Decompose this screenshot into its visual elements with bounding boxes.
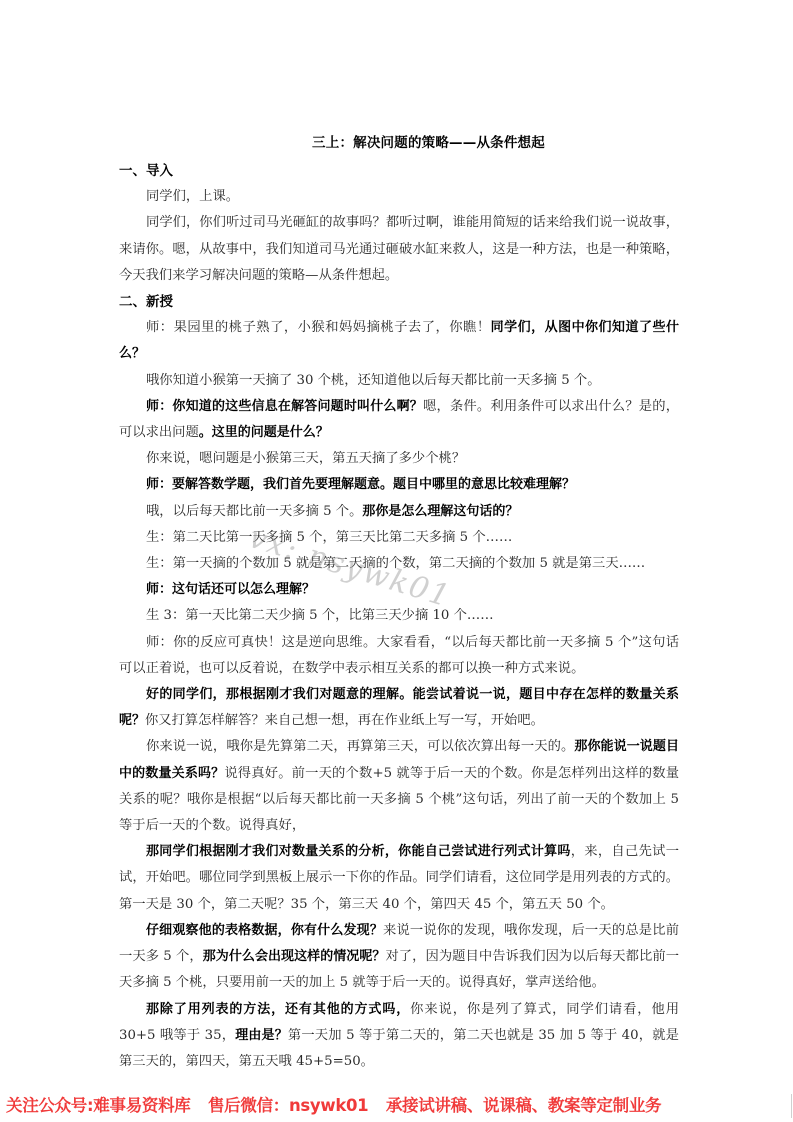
- bold-text-segment: 那同学们根据刚才我们对数量关系的分析，你能自己尝试进行列式计算吗: [146, 844, 571, 859]
- bold-text-segment: 师：你知道的这些信息在解答问题时叫什么啊？: [146, 399, 423, 414]
- paragraph: 哦，以后每天都比前一天多摘 5 个。那你是怎么理解这句话的？: [119, 499, 679, 525]
- paragraph: 生 3：第一天比第二天少摘 5 个，比第三天少摘 10 个……: [119, 603, 679, 629]
- bold-text-segment: 那除了用列表的方法，还有其他的方式吗，: [146, 1002, 410, 1017]
- bold-text-segment: 仔细观察他的表格数据，你有什么发现？: [146, 923, 383, 938]
- paragraph: 那除了用列表的方法，还有其他的方式吗，你来说，你是列了算式，同学们请看，他用 3…: [119, 997, 679, 1076]
- text-segment: 同学们，你们听过司马光砸缸的故事吗？都听过啊，谁能用简短的话来给我们说一说故事，…: [119, 215, 679, 282]
- footer-wechat-account: 关注公众号:难事易资料库: [6, 1096, 191, 1115]
- paragraph: 好的同学们，那根据刚才我们对题意的理解。能尝试着说一说，题目中存在怎样的数量关系…: [119, 682, 679, 734]
- text-segment: 师：果园里的桃子熟了，小猴和妈妈摘桃子去了，你瞧！: [146, 320, 491, 335]
- paragraph: 仔细观察他的表格数据，你有什么发现？来说一说你的发现，哦你发现，后一天的总是比前…: [119, 918, 679, 997]
- paragraph: 那同学们根据刚才我们对数量关系的分析，你能自己尝试进行列式计算吗，来，自己先试一…: [119, 839, 679, 918]
- text-segment: 生：第一天摘的个数加 5 就是第二天摘的个数，第二天摘的个数加 5 就是第三天……: [146, 556, 645, 571]
- paragraph: 师：果园里的桃子熟了，小猴和妈妈摘桃子去了，你瞧！同学们，从图中你们知道了些什么…: [119, 315, 679, 367]
- document-body: 一、导入 同学们，上课。 同学们，你们听过司马光砸缸的故事吗？都听过啊，谁能用简…: [119, 158, 679, 1075]
- bold-text-segment: 师：要解答数学题，我们首先要理解题意。题目中哪里的意思比较难理解？: [146, 477, 575, 492]
- paragraph: 生：第二天比第一天多摘 5 个，第三天比第二天多摘 5 个……: [119, 525, 679, 551]
- paragraph: 你来说一说，哦你是先算第二天，再算第三天，可以依次算出每一天的。那你能说一说题目…: [119, 734, 679, 839]
- bold-text-segment: 那你是怎么理解这句话的？: [362, 504, 518, 519]
- paragraph: 生：第一天摘的个数加 5 就是第二天摘的个数，第二天摘的个数加 5 就是第三天……: [119, 551, 679, 577]
- paragraph: 师：你的反应可真快！这是逆向思维。大家看看，“以后每天都比前一天多摘 5 个”这…: [119, 630, 679, 682]
- page-edge-divider: [791, 1094, 792, 1118]
- footer-custom-service: 承接试讲稿、说课稿、教案等定制业务: [386, 1096, 661, 1115]
- text-segment: 师：你的反应可真快！这是逆向思维。大家看看，“以后每天都比前一天多摘 5 个”这…: [119, 635, 679, 676]
- bold-text-segment: 那为什么会出现这样的情况呢？: [203, 949, 386, 964]
- paragraph: 哦你知道小猴第一天摘了 30 个桃，还知道他以后每天都比前一天多摘 5 个。: [119, 368, 679, 394]
- paragraph: 同学们，你们听过司马光砸缸的故事吗？都听过啊，谁能用简短的话来给我们说一说故事，…: [119, 210, 679, 289]
- text-segment: 哦你知道小猴第一天摘了 30 个桃，还知道他以后每天都比前一天多摘 5 个。: [146, 373, 601, 388]
- text-segment: 生 3：第一天比第二天少摘 5 个，比第三天少摘 10 个……: [146, 608, 494, 623]
- text-segment: 你又打算怎样解答？来自己想一想，再在作业纸上写一写，开始吧。: [145, 713, 544, 728]
- text-segment: 你来说一说，哦你是先算第二天，再算第三天，可以依次算出每一天的。: [146, 739, 574, 754]
- paragraph: 师：你知道的这些信息在解答问题时叫什么啊？嗯，条件。利用条件可以求出什么？是的，…: [119, 394, 679, 446]
- footer-promo-banner: 关注公众号:难事易资料库 售后微信：nsywk01 承接试讲稿、说课稿、教案等定…: [0, 1092, 793, 1120]
- document-page: 三上：解决问题的策略——从条件想起 一、导入 同学们，上课。 同学们，你们听过司…: [0, 0, 793, 1122]
- footer-after-sales-contact: 售后微信：nsywk01: [208, 1096, 368, 1115]
- paragraph: 师：这句话还可以怎么理解？: [119, 577, 679, 603]
- paragraph: 同学们，上课。: [119, 184, 679, 210]
- document-title: 三上：解决问题的策略——从条件想起: [0, 131, 793, 151]
- section-heading-new-lesson: 二、新授: [119, 289, 679, 315]
- text-segment: 同学们，上课。: [146, 189, 239, 204]
- text-segment: 生：第二天比第一天多摘 5 个，第三天比第二天多摘 5 个……: [146, 530, 512, 545]
- bold-text-segment: 。这里的问题是什么？: [199, 425, 329, 440]
- text-segment: 哦，以后每天都比前一天多摘 5 个。: [146, 504, 362, 519]
- text-segment: 你来说，嗯问题是小猴第三天，第五天摘了多少个桃？: [146, 451, 465, 466]
- bold-text-segment: 师：这句话还可以怎么理解？: [146, 582, 315, 597]
- paragraph: 你来说，嗯问题是小猴第三天，第五天摘了多少个桃？: [119, 446, 679, 472]
- paragraph: 师：要解答数学题，我们首先要理解题意。题目中哪里的意思比较难理解？: [119, 472, 679, 498]
- bold-text-segment: 理由是？: [235, 1028, 288, 1043]
- section-heading-intro: 一、导入: [119, 158, 679, 184]
